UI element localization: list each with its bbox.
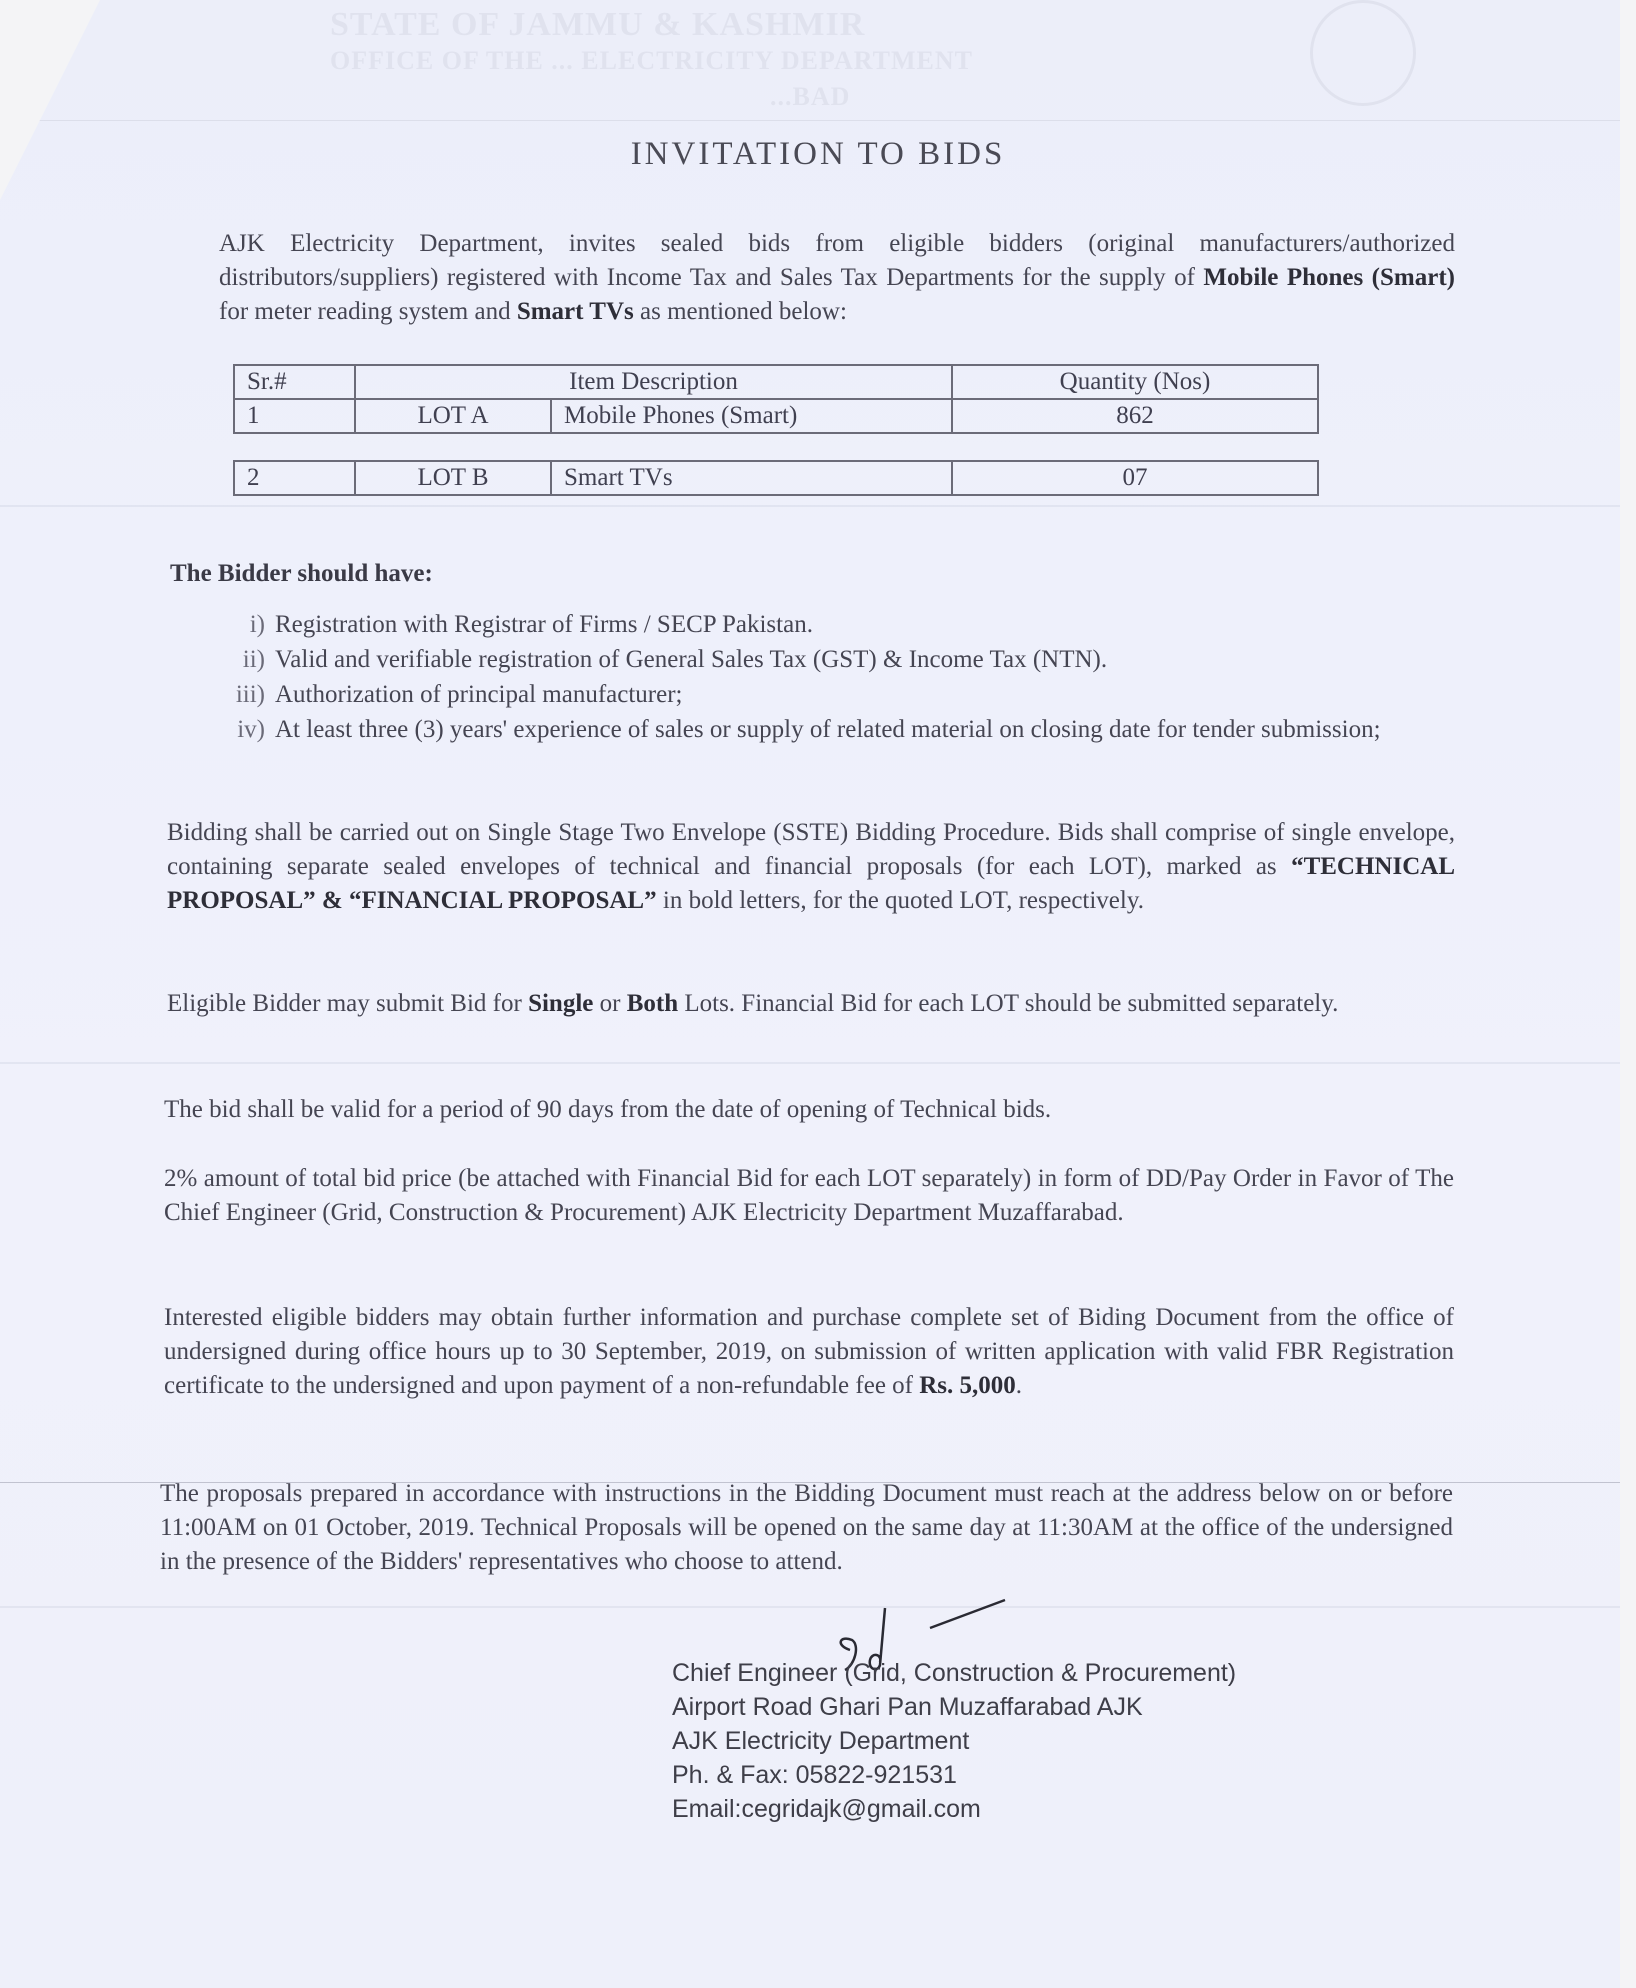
requirement-text: At least three (3) years' experience of … <box>275 713 1460 747</box>
intro-text: for meter reading system and <box>219 298 517 325</box>
emblem-ghost <box>1310 0 1416 106</box>
paper-fold <box>0 505 1620 507</box>
address-line-title: Chief Engineer (Grid, Construction & Pro… <box>672 1656 1236 1690</box>
cell-sr: 1 <box>234 399 355 433</box>
eligibility-text: Lots. Financial Bid for each LOT should … <box>678 990 1338 1017</box>
procedure-text: in bold letters, for the quoted LOT, res… <box>657 887 1144 914</box>
letterhead-ghost-line-2: OFFICE OF THE ... ELECTRICITY DEPARTMENT <box>330 46 973 76</box>
table-header-row: Sr.# Item Description Quantity (Nos) <box>234 365 1318 399</box>
address-line-phone: Ph. & Fax: 05822-921531 <box>672 1758 1236 1792</box>
bidding-procedure-paragraph: Bidding shall be carried out on Single S… <box>167 816 1455 918</box>
cell-lot: LOT A <box>355 399 551 433</box>
cell-quantity: 862 <box>952 399 1318 433</box>
document-title: INVITATION TO BIDS <box>0 136 1636 173</box>
letterhead-ghost-line-1: STATE OF JAMMU & KASHMIR <box>330 6 865 44</box>
procedure-text: Bidding shall be carried out on Single S… <box>167 819 1455 880</box>
table-row: 2 LOT B Smart TVs 07 <box>234 461 1318 495</box>
intro-bold-smart-tvs: Smart TVs <box>517 298 634 325</box>
requirement-number: ii) <box>210 643 275 677</box>
cell-description: Mobile Phones (Smart) <box>551 399 952 433</box>
paper-fold <box>0 1062 1620 1064</box>
paper-fold <box>0 1606 1620 1608</box>
letterhead-rule <box>0 120 1636 121</box>
address-line-department: AJK Electricity Department <box>672 1724 1236 1758</box>
letterhead-ghost-line-3: ...BAD <box>770 82 850 112</box>
header-sr: Sr.# <box>234 365 355 399</box>
eligibility-bold-both: Both <box>627 990 678 1017</box>
validity-paragraph: The bid shall be valid for a period of 9… <box>164 1093 1454 1127</box>
cell-sr: 2 <box>234 461 355 495</box>
requirement-text: Registration with Registrar of Firms / S… <box>275 608 1460 642</box>
scanned-page: STATE OF JAMMU & KASHMIR OFFICE OF THE .… <box>0 0 1621 1988</box>
eligibility-text: Eligible Bidder may submit Bid for <box>167 990 528 1017</box>
requirement-item: iii)Authorization of principal manufactu… <box>210 678 1460 712</box>
table-row: 1 LOT A Mobile Phones (Smart) 862 <box>234 399 1318 433</box>
purchase-text: Interested eligible bidders may obtain f… <box>164 1304 1454 1399</box>
requirement-item: i)Registration with Registrar of Firms /… <box>210 608 1460 642</box>
submission-paragraph: The proposals prepared in accordance wit… <box>160 1477 1453 1579</box>
bid-security-paragraph: 2% amount of total bid price (be attache… <box>164 1162 1454 1230</box>
eligibility-bold-single: Single <box>528 990 593 1017</box>
items-table: Sr.# Item Description Quantity (Nos) 1 L… <box>233 364 1319 496</box>
eligibility-paragraph: Eligible Bidder may submit Bid for Singl… <box>167 987 1455 1021</box>
requirement-item: iv)At least three (3) years' experience … <box>210 713 1460 747</box>
address-line-email[interactable]: Email:cegridajk@gmail.com <box>672 1792 1236 1826</box>
requirement-item: ii)Valid and verifiable registration of … <box>210 643 1460 677</box>
requirement-number: iii) <box>210 678 275 712</box>
purchase-text-end: . <box>1016 1372 1022 1399</box>
table-spacer-row <box>234 433 1318 461</box>
requirement-text: Valid and verifiable registration of Gen… <box>275 643 1460 677</box>
intro-text: as mentioned below: <box>634 298 847 325</box>
document-purchase-paragraph: Interested eligible bidders may obtain f… <box>164 1301 1454 1403</box>
eligibility-text: or <box>593 990 626 1017</box>
requirement-number: iv) <box>210 713 275 747</box>
intro-paragraph: AJK Electricity Department, invites seal… <box>219 227 1455 329</box>
cell-quantity: 07 <box>952 461 1318 495</box>
header-item-description: Item Description <box>355 365 952 399</box>
requirement-number: i) <box>210 608 275 642</box>
header-quantity: Quantity (Nos) <box>952 365 1318 399</box>
requirement-text: Authorization of principal manufacturer; <box>275 678 1460 712</box>
fee-amount: Rs. 5,000 <box>919 1372 1016 1399</box>
cell-lot: LOT B <box>355 461 551 495</box>
requirements-heading: The Bidder should have: <box>170 560 433 588</box>
intro-bold-mobile-phones: Mobile Phones (Smart) <box>1203 264 1455 291</box>
signatory-address-block: Chief Engineer (Grid, Construction & Pro… <box>672 1656 1236 1826</box>
address-line-street: Airport Road Ghari Pan Muzaffarabad AJK <box>672 1690 1236 1724</box>
cell-description: Smart TVs <box>551 461 952 495</box>
spacer-cell <box>234 433 1318 461</box>
